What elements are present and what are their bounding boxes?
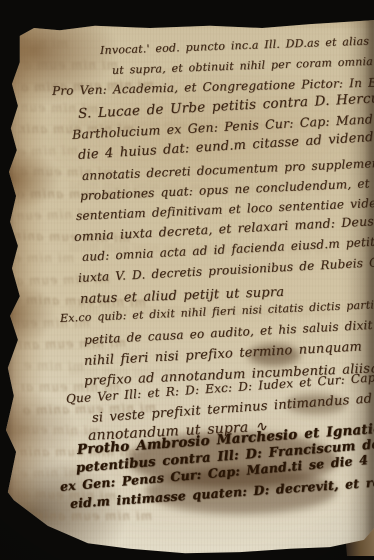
bleedthrough-line: mi nim eum anim onim uim nimi eum mina n… (10, 35, 68, 52)
bleedthrough-line: mi nim eum anim onim uim nimi eum mina n… (19, 143, 78, 160)
bleedthrough-line: mi nim eum anim onim uim nimi eum mina n… (23, 58, 118, 74)
photo-backdrop: mi nim eum anim onim uim nimi eum mina n… (0, 0, 374, 560)
bleedthrough-line: mi nim eum anim onim uim nimi eum mina n… (16, 509, 152, 525)
manuscript-page: mi nim eum anim onim uim nimi eum mina n… (0, 0, 374, 560)
bleedthrough-line: mi nim eum anim onim uim nimi eum mina n… (14, 251, 74, 267)
